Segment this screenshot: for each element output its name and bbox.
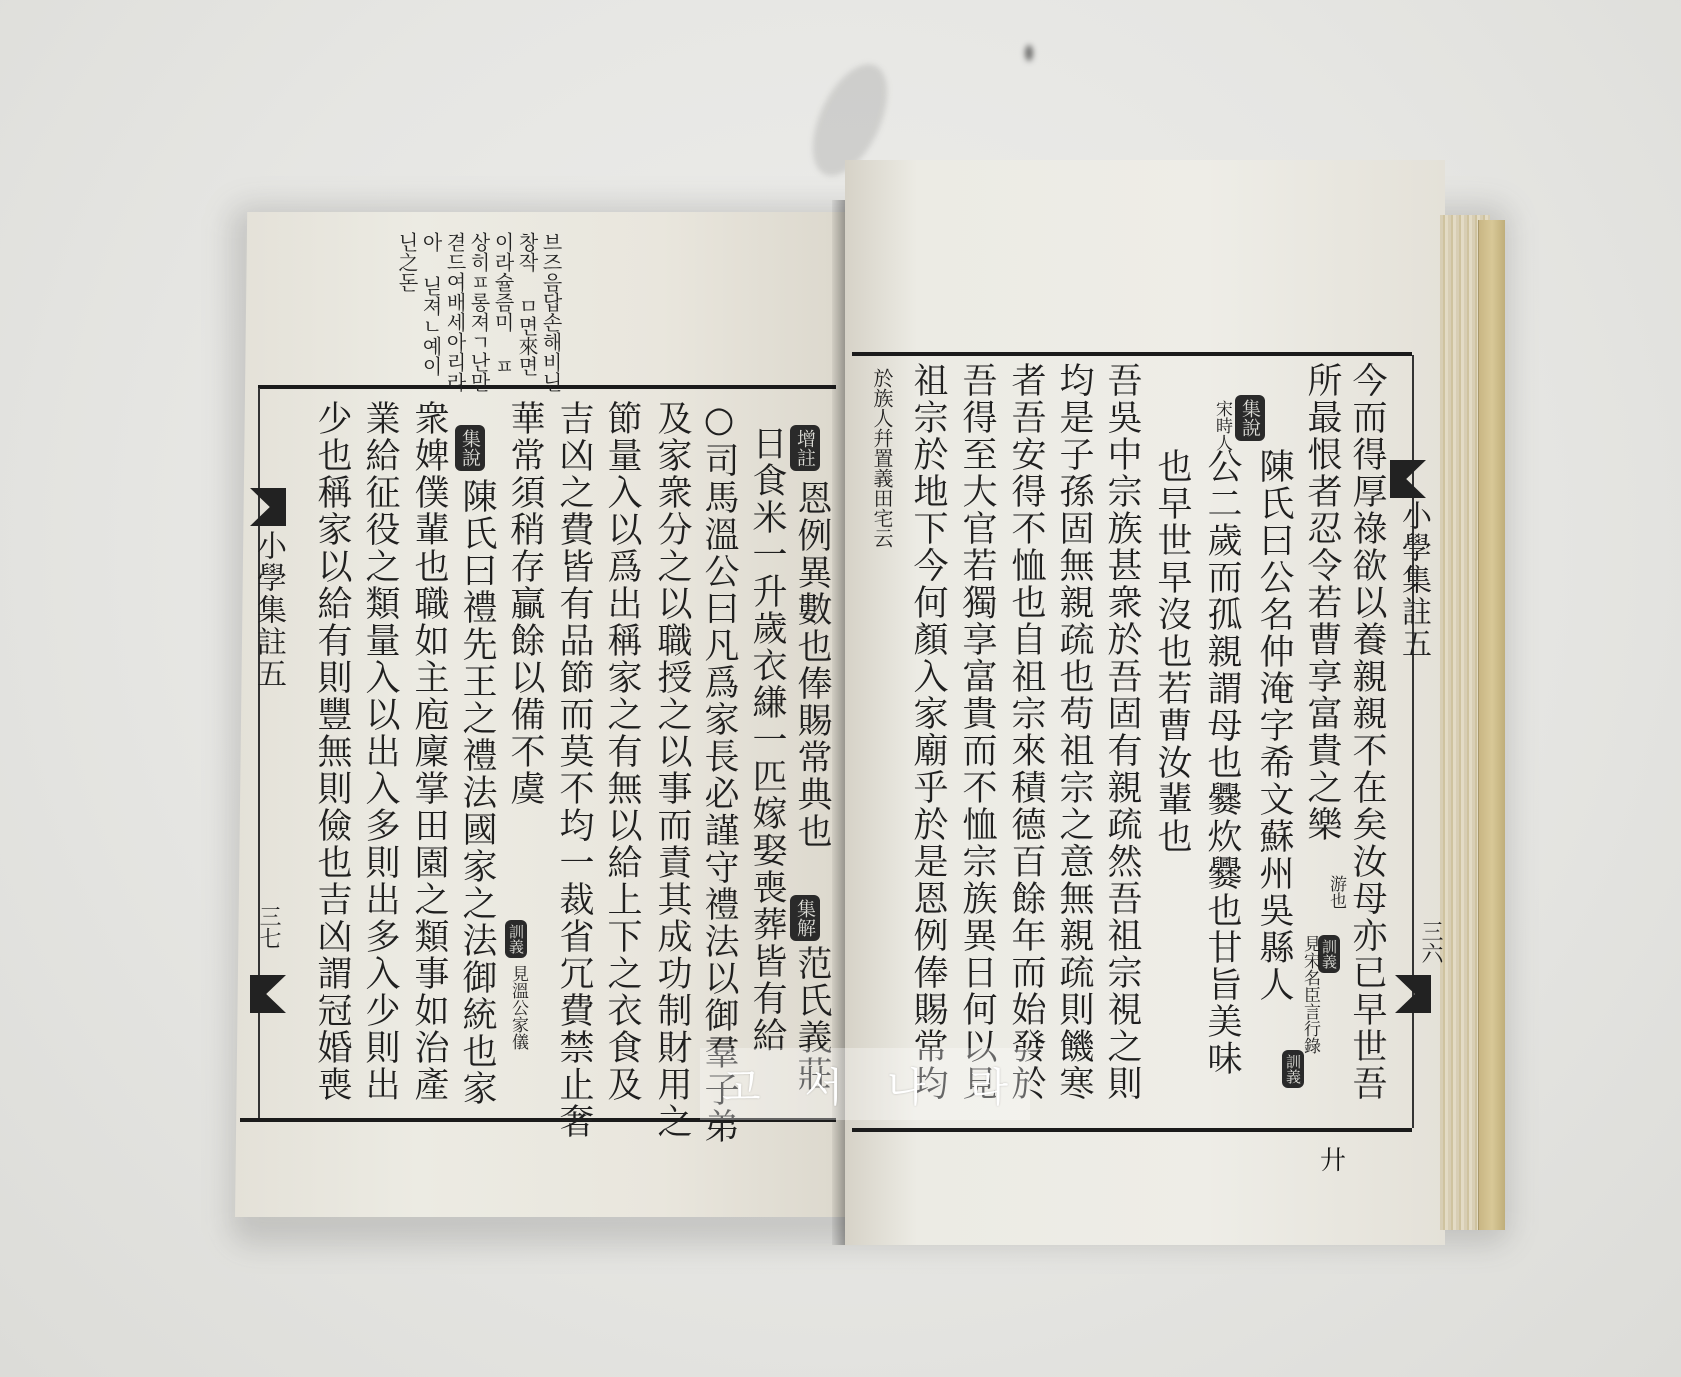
annotation-badge-jishuo: 集說 bbox=[455, 425, 485, 471]
right-spine-label: 小學集註五 bbox=[1395, 500, 1431, 660]
text-column: 者吾安得不恤也自祖宗來積德百餘年而始發於 bbox=[1004, 362, 1048, 1102]
text-column: 業給征役之類量入以出入多則出多入少則出 bbox=[358, 400, 402, 1103]
right-page-bottom-rule bbox=[852, 1128, 1412, 1132]
watermark-char: 서 bbox=[804, 1056, 843, 1113]
text-column: 節量入以爲出稱家之有無以給上下之衣食及 bbox=[600, 400, 644, 1103]
watermark: 고 서 나 라 bbox=[700, 1048, 1030, 1120]
text-column: ○司馬溫公曰凡爲家長必謹守禮法以御羣子弟 bbox=[697, 400, 741, 1145]
text-column: 也早世早沒也若曹汝輩也 bbox=[1150, 448, 1194, 855]
text-column: 均是子孫固無親疏也苟祖宗之意無親疏則饑寒 bbox=[1052, 362, 1096, 1102]
text-column: 所最恨者忍令若曹享富貴之樂 bbox=[1300, 362, 1344, 843]
handwritten-mark: 廾 bbox=[1320, 1140, 1346, 1177]
text-column: 日食米一升歲衣縑一匹嫁娶喪葬皆有給 bbox=[745, 425, 789, 1054]
text-column: 祖宗於地下今何顏入家廟乎於是恩例俸賜常均 bbox=[906, 362, 950, 1102]
annotation-badge-xunyi: 訓義 bbox=[1318, 935, 1340, 973]
annotation-badge-xunyi: 訓義 bbox=[505, 920, 527, 958]
left-page-number: 三七 bbox=[258, 905, 278, 949]
text-column: 今而得厚祿欲以養親親不在矣汝母亦已早世吾 bbox=[1345, 362, 1389, 1102]
right-page-top-rule bbox=[852, 352, 1412, 356]
annotation-badge-zengzhu: 增註 bbox=[790, 425, 820, 471]
watermark-char: 라 bbox=[969, 1056, 1008, 1113]
text-column: 少也稱家以給有則豐無則儉也吉凶謂冠婚喪 bbox=[310, 400, 354, 1103]
background-smudge bbox=[1025, 45, 1033, 61]
watermark-char: 고 bbox=[722, 1056, 761, 1113]
text-column: 吾吳中宗族甚衆於吾固有親疏然吾祖宗視之則 bbox=[1100, 362, 1144, 1102]
text-column: 陳氏曰禮先王之禮法國家之法御統也家 bbox=[455, 478, 499, 1107]
text-column: 華常須稍存贏餘以備不虞 bbox=[503, 400, 547, 807]
hangul-marginal-note: 브즈음답손해비닌창작 ㅁ면來면이라슐즘미 ㅍ상히ㅍ롱져ㄱ난만 겯드여배세아리라아… bbox=[395, 232, 563, 392]
text-column: 恩例異數也俸賜常典也 bbox=[790, 480, 834, 850]
annotation-badge-jijie: 集解 bbox=[790, 895, 820, 941]
small-note: 宋時人 bbox=[1212, 400, 1232, 451]
annotation-badge-jishuo: 集說 bbox=[1235, 395, 1265, 441]
text-column: 衆婢僕輩也職如主庖廩掌田園之類事如治產 bbox=[407, 400, 451, 1103]
text-column: 及家衆分之以職授之以事而責其成功制財用之 bbox=[650, 400, 694, 1140]
right-page-number: 三六 bbox=[1420, 920, 1440, 964]
text-column: 吾得至大官若獨享富貴而不恤宗族異日何以見 bbox=[955, 362, 999, 1102]
annotation-badge-xunyi: 訓義 bbox=[1282, 1050, 1304, 1088]
hangul-note-col: 닏져ㄴ예이닌之돈 bbox=[395, 232, 443, 376]
text-column: 公二歲而孤親謂母也爨炊爨也甘旨美味 bbox=[1200, 448, 1244, 1077]
small-note: 見溫公家儀 bbox=[508, 965, 528, 1050]
small-note: 游也 bbox=[1326, 875, 1346, 909]
text-column: 吉凶之費皆有品節而莫不均一裁省冗費禁止奢 bbox=[552, 400, 596, 1140]
book-cover-edge bbox=[1478, 220, 1505, 1230]
small-text-column: 於族人幷置義田宅云 bbox=[870, 368, 894, 548]
text-column: 陳氏曰公名仲淹字希文蘇州吳縣人 bbox=[1252, 448, 1296, 1003]
watermark-char: 나 bbox=[887, 1056, 926, 1113]
left-spine-label: 小學集註五 bbox=[250, 530, 286, 690]
